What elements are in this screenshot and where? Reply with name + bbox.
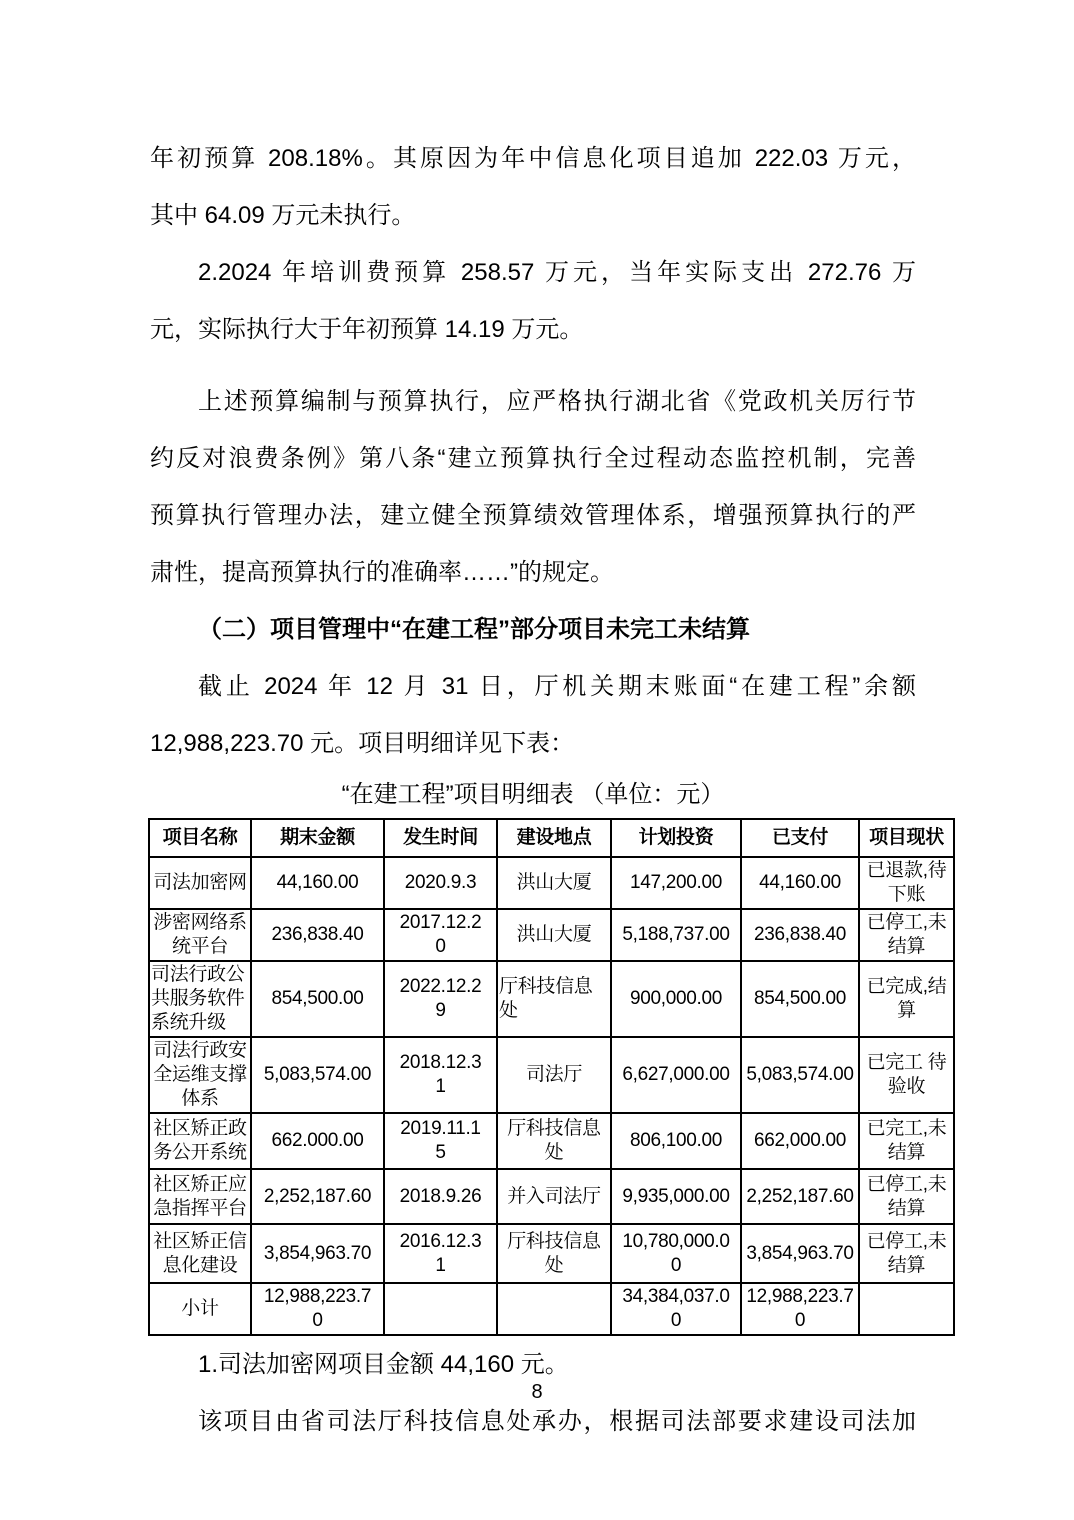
document-body: 年初预算 208.18%。其原因为年中信息化项目追加 222.03 万元，其中 … [150,130,916,1450]
table-cell: 已停工,未 结算 [859,909,954,961]
table-cell: 洪山大厦 [497,857,611,909]
table-row: 涉密网络系 统平台236,838.402017.12.2 0洪山大厦5,188,… [149,909,954,961]
body-paragraph: 截止 2024 年 12 月 31 日，厅机关期末账面“在建工程”余额12,98… [150,658,916,772]
table-cell: 2022.12.2 9 [384,961,497,1037]
table-cell: 小计 [149,1283,251,1335]
table-cell: 2019.11.1 5 [384,1113,497,1169]
table-cell: 5,083,574.00 [741,1037,859,1113]
table-cell: 洪山大厦 [497,909,611,961]
table-cell: 9,935,000.00 [611,1169,741,1224]
table-cell: 34,384,037.0 0 [611,1283,741,1335]
table-cell: 社区矫正信 息化建设 [149,1224,251,1283]
table-cell: 2018.12.3 1 [384,1037,497,1113]
table-row: 司法加密网44,160.002020.9.3洪山大厦147,200.0044,1… [149,857,954,909]
text-line: 元，实际执行大于年初预算 14.19 万元。 [150,301,916,358]
table-cell: 10,780,000.0 0 [611,1224,741,1283]
table-cell: 854,500.00 [251,961,384,1037]
table-cell: 已退款,待 下账 [859,857,954,909]
table-cell: 司法行政安 全运维支撑 体系 [149,1037,251,1113]
table-cell: 12,988,223.7 0 [741,1283,859,1335]
table-header-row: 项目名称期末金额发生时间建设地点计划投资已支付项目现状 [149,819,954,857]
text-line: 截止 2024 年 12 月 31 日，厅机关期末账面“在建工程”余额 [150,658,916,715]
table-body: 司法加密网44,160.002020.9.3洪山大厦147,200.0044,1… [149,857,954,1335]
table-cell: 社区矫正政 务公开系统 [149,1113,251,1169]
table-cell: 44,160.00 [741,857,859,909]
table-cell: 厅科技信息 处 [497,1224,611,1283]
table-cell: 司法厅 [497,1037,611,1113]
projects-table: 项目名称期末金额发生时间建设地点计划投资已支付项目现状 司法加密网44,160.… [148,818,955,1336]
document-page: 年初预算 208.18%。其原因为年中信息化项目追加 222.03 万元，其中 … [0,0,1074,1520]
table-cell: 2017.12.2 0 [384,909,497,961]
table-cell: 5,188,737.00 [611,909,741,961]
table-cell: 2020.9.3 [384,857,497,909]
body-paragraph: 2.2024 年培训费预算 258.57 万元，当年实际支出 272.76 万元… [150,244,916,358]
column-header: 期末金额 [251,819,384,857]
table-cell: 662.000.00 [251,1113,384,1169]
table-cell: 12,988,223.7 0 [251,1283,384,1335]
table-cell: 涉密网络系 统平台 [149,909,251,961]
table-cell: 厅科技信息 处 [497,1113,611,1169]
table-cell: 已停工,未 结算 [859,1224,954,1283]
table-cell: 6,627,000.00 [611,1037,741,1113]
table-cell [384,1283,497,1335]
text-blocks-top: 年初预算 208.18%。其原因为年中信息化项目追加 222.03 万元，其中 … [150,130,916,772]
table-cell: 236,838.40 [251,909,384,961]
body-paragraph: 年初预算 208.18%。其原因为年中信息化项目追加 222.03 万元，其中 … [150,130,916,244]
text-line: 其中 64.09 万元未执行。 [150,187,916,244]
table-cell: 并入司法厅 [497,1169,611,1224]
table-cell: 司法行政公 共服务软件 系统升级 [149,961,251,1037]
table-cell: 司法加密网 [149,857,251,909]
table-cell: 厅科技信息 处 [497,961,611,1037]
table-cell: 已停工,未 结算 [859,1169,954,1224]
table-cell: 3,854,963.70 [251,1224,384,1283]
table-row: 小计12,988,223.7 034,384,037.0 012,988,223… [149,1283,954,1335]
table-cell [497,1283,611,1335]
table-cell: 已完工,未 结算 [859,1113,954,1169]
column-header: 计划投资 [611,819,741,857]
text-line: 约反对浪费条例》第八条“建立预算执行全过程动态监控机制，完善 [150,430,916,487]
body-paragraph: 上述预算编制与预算执行，应严格执行湖北省《党政机关厉行节约反对浪费条例》第八条“… [150,373,916,601]
table-cell: 2,252,187.60 [741,1169,859,1224]
text-line: 12,988,223.70 元。项目明细详见下表： [150,715,916,772]
column-header: 建设地点 [497,819,611,857]
text-line: 预算执行管理办法，建立健全预算绩效管理体系，增强预算执行的严 [150,487,916,544]
table-title: “在建工程”项目明细表 （单位：元） [150,772,916,818]
table-row: 项目名称期末金额发生时间建设地点计划投资已支付项目现状 [149,819,954,857]
text-line: 年初预算 208.18%。其原因为年中信息化项目追加 222.03 万元， [150,130,916,187]
table-cell: 900,000.00 [611,961,741,1037]
text-line: 上述预算编制与预算执行，应严格执行湖北省《党政机关厉行节 [150,373,916,430]
section-heading-line: （二）项目管理中“在建工程”部分项目未完工未结算 [150,601,916,658]
table-cell: 3,854,963.70 [741,1224,859,1283]
table-cell: 2,252,187.60 [251,1169,384,1224]
table-cell: 已完工 待 验收 [859,1037,954,1113]
table-cell: 806,100.00 [611,1113,741,1169]
table-cell: 已完成,结 算 [859,961,954,1037]
text-line: 肃性，提高预算执行的准确率……”的规定。 [150,544,916,601]
table-row: 社区矫正应 急指挥平台2,252,187.602018.9.26并入司法厅9,9… [149,1169,954,1224]
table-cell: 5,083,574.00 [251,1037,384,1113]
table-row: 社区矫正信 息化建设3,854,963.702016.12.3 1厅科技信息 处… [149,1224,954,1283]
table-cell: 2018.9.26 [384,1169,497,1224]
table-cell: 854,500.00 [741,961,859,1037]
table-row: 司法行政安 全运维支撑 体系5,083,574.002018.12.3 1司法厅… [149,1037,954,1113]
table-cell: 662,000.00 [741,1113,859,1169]
text-line: 2.2024 年培训费预算 258.57 万元，当年实际支出 272.76 万 [150,244,916,301]
column-header: 已支付 [741,819,859,857]
table-cell [859,1283,954,1335]
table-cell: 社区矫正应 急指挥平台 [149,1169,251,1224]
table-cell: 147,200.00 [611,857,741,909]
table-cell: 44,160.00 [251,857,384,909]
section-heading: （二）项目管理中“在建工程”部分项目未完工未结算 [150,601,916,658]
page-number: 8 [0,1380,1074,1404]
column-header: 项目名称 [149,819,251,857]
table-row: 社区矫正政 务公开系统662.000.002019.11.1 5厅科技信息 处8… [149,1113,954,1169]
column-header: 发生时间 [384,819,497,857]
table-cell: 236,838.40 [741,909,859,961]
column-header: 项目现状 [859,819,954,857]
table-row: 司法行政公 共服务软件 系统升级854,500.002022.12.2 9厅科技… [149,961,954,1037]
table-cell: 2016.12.3 1 [384,1224,497,1283]
